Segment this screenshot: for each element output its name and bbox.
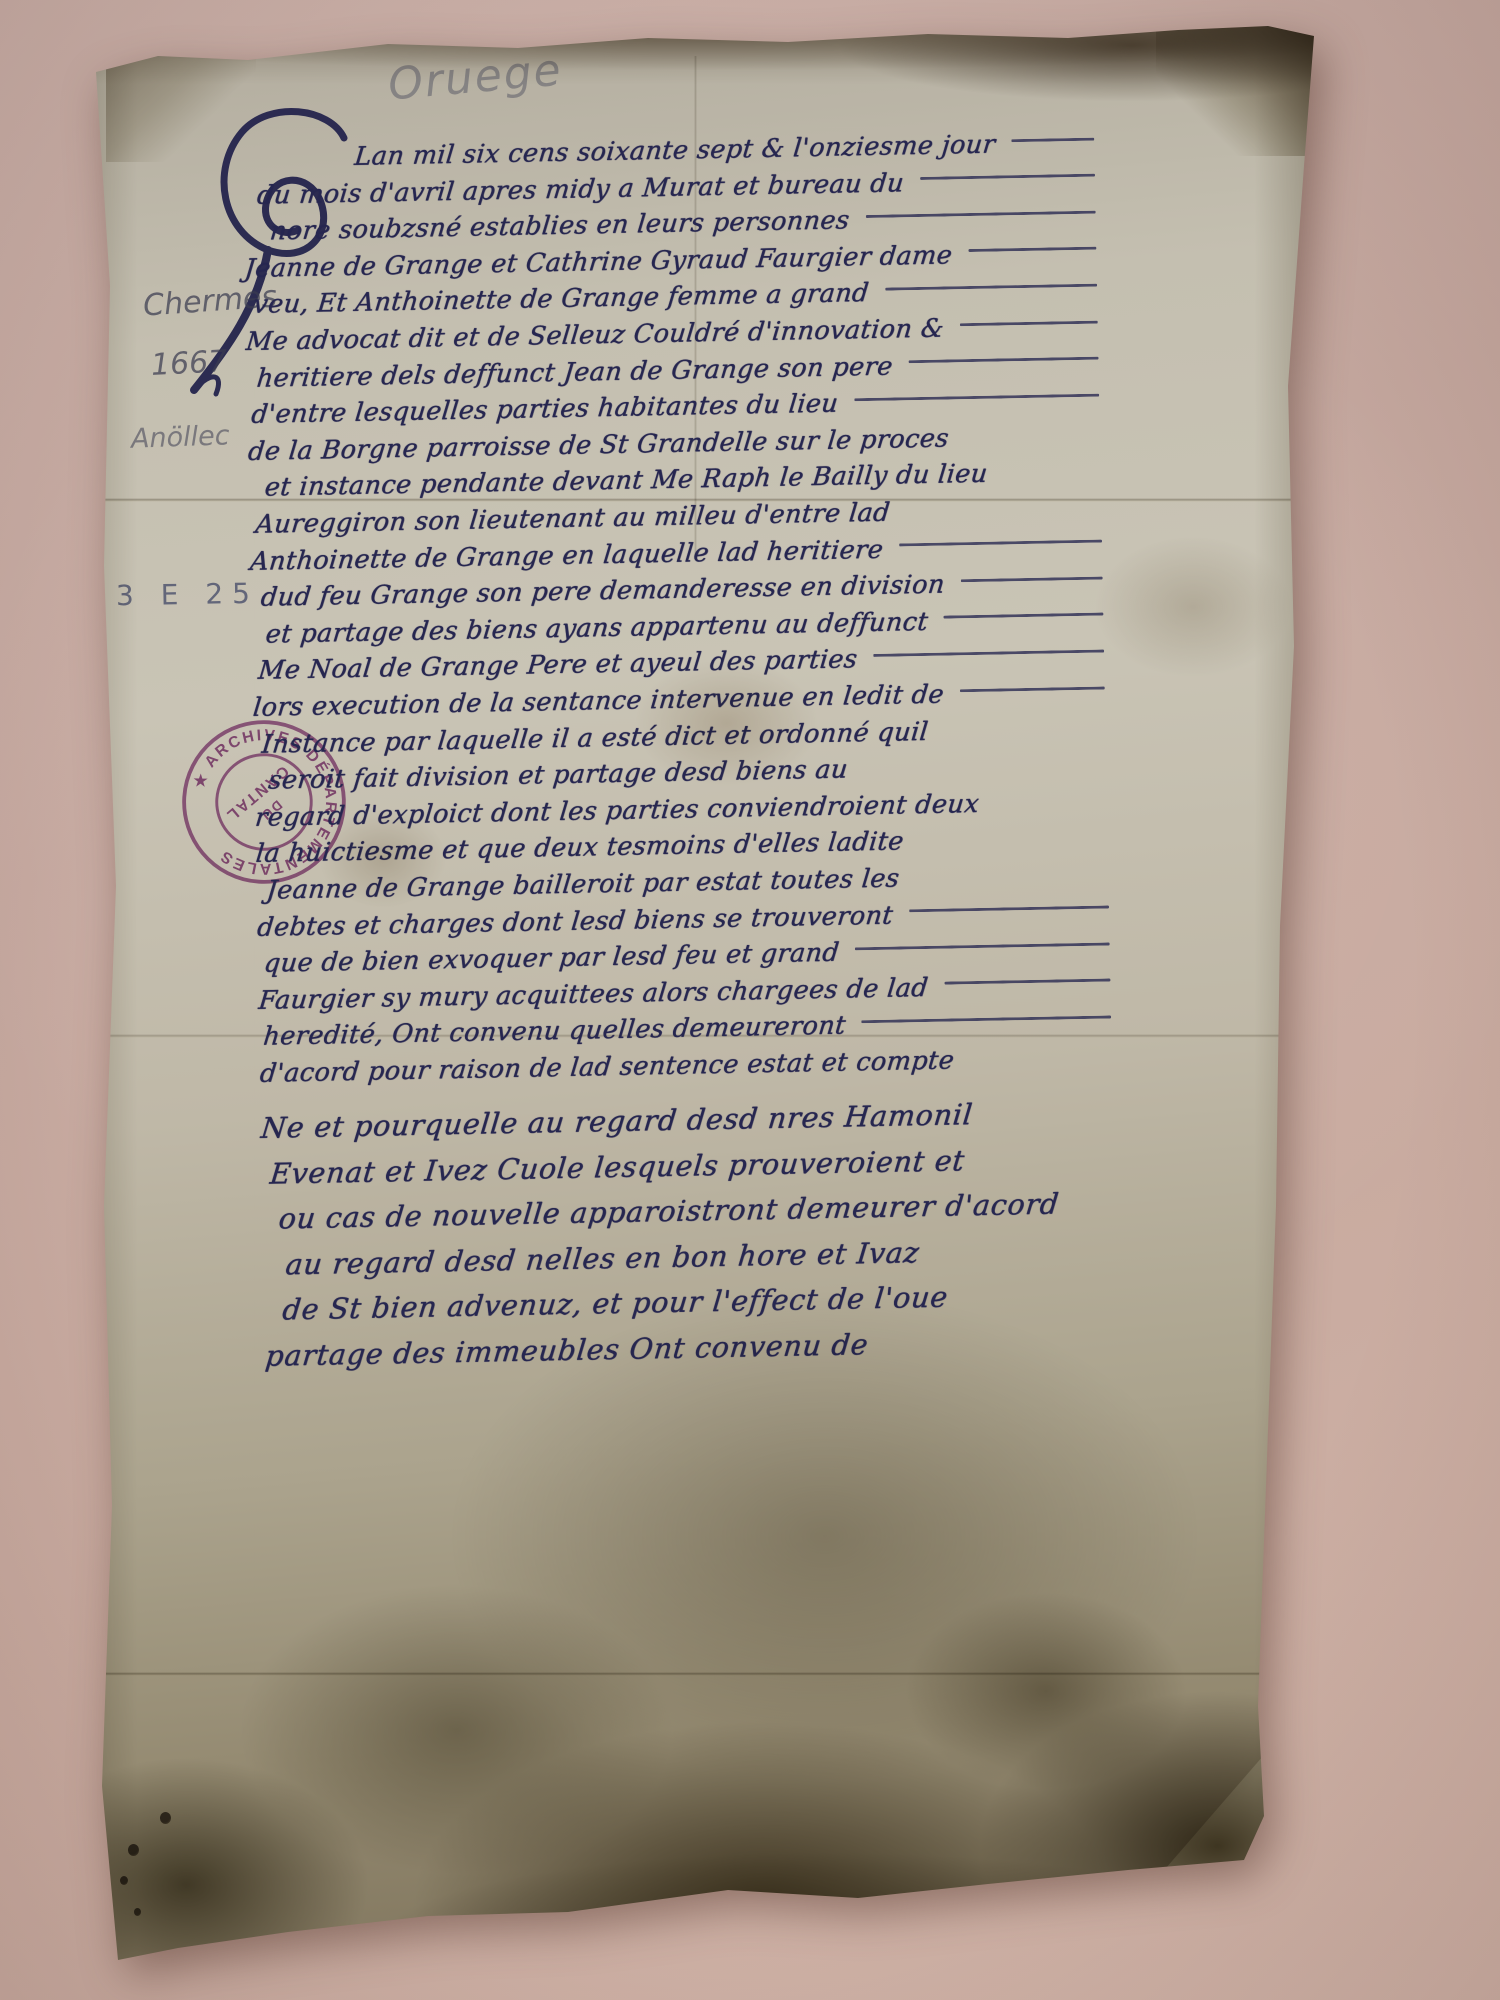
manuscript-line-text: nore soubzsné establies en leurs personn… xyxy=(268,205,851,246)
manuscript-line-text: debtes et charges dont lesd biens se tro… xyxy=(256,900,895,942)
line-filler-stroke xyxy=(909,357,1099,364)
manuscript-line: au regard desd nelles en bon hore et Iva… xyxy=(263,1232,1123,1282)
line-filler-stroke xyxy=(854,393,1099,401)
line-filler-stroke xyxy=(960,320,1098,326)
manuscript-line-text: que de bien exvoquer par lesd feu et gra… xyxy=(262,938,840,979)
line-filler-stroke xyxy=(909,906,1109,913)
wormhole xyxy=(120,1876,128,1885)
line-filler-stroke xyxy=(899,540,1102,547)
manuscript-line-text: de la Borgne parroisse de St Grandelle s… xyxy=(247,423,951,467)
manuscript-line-text: seroit fait division et partage desd bie… xyxy=(267,755,849,796)
manuscript-line-text: Evenat et Ivez Cuole lesquels prouveroie… xyxy=(268,1144,966,1190)
manuscript-body: Lan mil six cens soixante sept & l'onzie… xyxy=(240,9,1137,1961)
manuscript-line-text: Aureggiron son lieutenant au milleu d'en… xyxy=(254,498,891,540)
manuscript-line-text: Faurgier sy mury acquittees alors charge… xyxy=(257,973,929,1016)
manuscript-line-text: du mois d'avril apres midy a Murat et bu… xyxy=(256,168,906,210)
manuscript-line-text: partage des immeubles Ont convenu de xyxy=(264,1328,870,1373)
manuscript-page: Oruege Chermes 1667 Anöllec 3 E 25 ★ ARC… xyxy=(88,26,1316,1962)
manuscript-line-text: ou cas de nouvelle apparoistront demeure… xyxy=(277,1187,1061,1235)
archive-cote: 3 E 25 xyxy=(116,577,259,612)
manuscript-line-text: heredité, Ont convenu quelles demeureron… xyxy=(262,1011,847,1052)
manuscript-line-text: veu, Et Anthoinette de Grange femme a gr… xyxy=(252,278,871,320)
line-filler-stroke xyxy=(873,649,1104,656)
manuscript-line-text: d'entre lesquelles parties habitantes du… xyxy=(250,389,840,430)
line-filler-stroke xyxy=(960,686,1105,692)
manuscript-line-text: et instance pendante devant Me Raph le B… xyxy=(263,459,989,503)
manuscript-line-text: d'acord pour raison de lad sentence esta… xyxy=(259,1045,956,1088)
manuscript-line-text: Anthoinette de Grange en laquelle lad he… xyxy=(249,534,885,576)
margin-note-word: Anöllec xyxy=(130,420,230,454)
line-filler-stroke xyxy=(862,1015,1112,1023)
line-filler-stroke xyxy=(885,283,1097,290)
manuscript-page-wrap: Oruege Chermes 1667 Anöllec 3 E 25 ★ ARC… xyxy=(88,26,1316,1962)
wormhole xyxy=(128,1844,139,1856)
manuscript-line-text: dud feu Grange son pere demanderesse en … xyxy=(259,570,946,613)
manuscript-line-text: Me Noal de Grange Pere et ayeul des part… xyxy=(257,645,859,687)
line-filler-stroke xyxy=(968,247,1096,252)
manuscript-line-text: au regard desd nelles en bon hore et Iva… xyxy=(284,1236,921,1281)
line-filler-stroke xyxy=(944,613,1104,619)
manuscript-line: ou cas de nouvelle apparoistront demeure… xyxy=(263,1186,1123,1236)
manuscript-line-text: et partage des biens ayans appartenu au … xyxy=(264,607,929,650)
line-filler-stroke xyxy=(944,979,1111,985)
line-filler-stroke xyxy=(1011,137,1094,142)
bottom-right-dogear xyxy=(1140,1742,1270,1892)
top-left-fold xyxy=(106,52,256,162)
manuscript-line-text: lors execution de la sentance intervenue… xyxy=(252,680,946,723)
manuscript-line-text: Lan mil six cens soixante sept & l'onzie… xyxy=(353,129,997,171)
manuscript-line: partage des immeubles Ont convenu de xyxy=(265,1323,1125,1373)
manuscript-line-text: heritiere dels deffunct Jean de Grange s… xyxy=(255,351,894,393)
manuscript-line-text: la huictiesme et que deux tesmoins d'ell… xyxy=(254,827,905,870)
top-right-fold xyxy=(1156,26,1316,156)
wormhole xyxy=(160,1812,171,1824)
manuscript-line-text: Instance par laquelle il a esté dict et … xyxy=(260,716,929,759)
manuscript-line: Evenat et Ivez Cuole lesquels prouveroie… xyxy=(262,1141,1122,1191)
manuscript-line-text: de St bien advenuz, et pour l'effect de … xyxy=(281,1281,950,1327)
line-filler-stroke xyxy=(920,174,1095,180)
manuscript-line-text: Jeanne de Grange et Cathrine Gyraud Faur… xyxy=(243,240,954,284)
margin-note-year: 1667 xyxy=(150,344,228,383)
manuscript-line: Ne et pourquelle au regard desd nres Ham… xyxy=(261,1095,1121,1145)
manuscript-line-text: Jeanne de Grange bailleroit par estat to… xyxy=(265,863,901,905)
line-filler-stroke xyxy=(961,576,1103,582)
manuscript-line-text: Ne et pourquelle au regard desd nres Ham… xyxy=(259,1098,974,1145)
manuscript-line-text: Me advocat dit et de Selleuz Couldré d'i… xyxy=(245,314,946,357)
line-filler-stroke xyxy=(865,210,1095,217)
manuscript-line: de St bien advenuz, et pour l'effect de … xyxy=(264,1277,1124,1327)
line-filler-stroke xyxy=(855,942,1110,950)
wormhole xyxy=(134,1908,141,1916)
